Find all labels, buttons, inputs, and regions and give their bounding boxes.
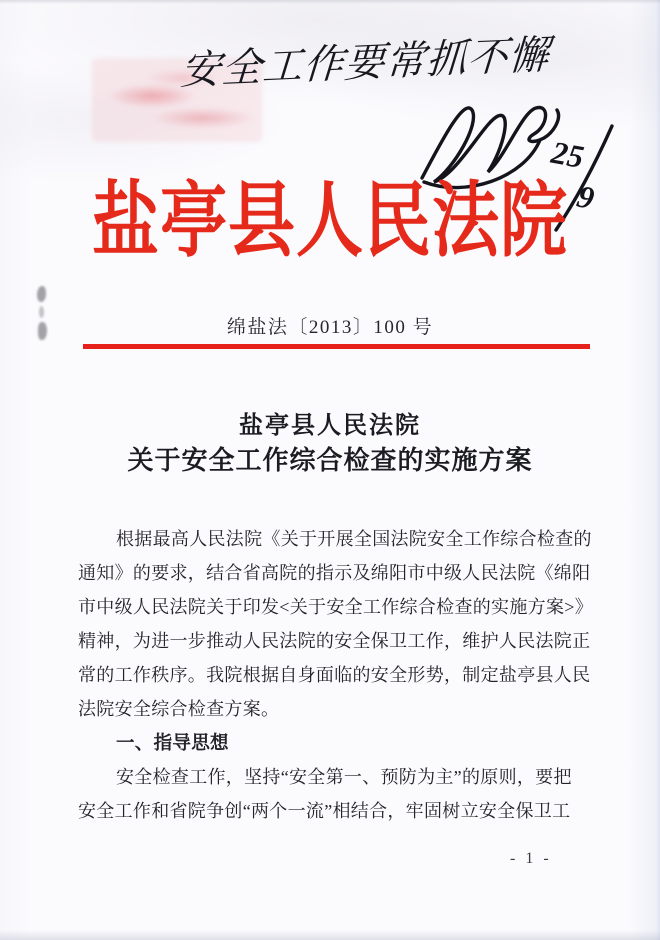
body-paragraph1-line: 根据最高人民法院《关于开展全国法院安全工作综合检查的 (78, 522, 593, 556)
letterhead-title: 盐亭县人民法院 (0, 156, 660, 273)
document-title: 盐亭县人民法院 关于安全工作综合检查的实施方案 (0, 410, 660, 478)
body-paragraph1-line: 常的工作秩序。我院根据自身面临的安全形势，制定盐亭县人民 (78, 658, 593, 692)
body-paragraph1-line: 法院安全综合检查方案。 (78, 692, 593, 726)
document-title-line-1: 盐亭县人民法院 (0, 410, 660, 442)
red-separator-line (83, 344, 590, 349)
body-paragraph1-line: 精神，为进一步推动人民法院的安全保卫工作，维护人民法院正 (78, 624, 593, 658)
binding-smudge (39, 306, 44, 318)
scanned-document-page: 安全工作要常抓不懈 25 9 盐亭县人民法院 绵盐法〔2013〕100 号 盐亭… (0, 0, 660, 940)
document-number: 绵盐法〔2013〕100 号 (0, 312, 660, 339)
body-paragraph2-line: 安全检查工作，坚持“安全第一、预防为主”的原则，要把 (78, 760, 593, 794)
page-number: - 1 - (510, 850, 600, 868)
document-body: 根据最高人民法院《关于开展全国法院安全工作综合检查的 通知》的要求，结合省高院的… (78, 522, 593, 828)
section-heading-guiding-ideology: 一、指导思想 (78, 726, 593, 760)
body-paragraph1-line: 通知》的要求，结合省高院的指示及绵阳市中级人民法院《绵阳 (78, 556, 593, 590)
document-title-line-2: 关于安全工作综合检查的实施方案 (0, 442, 660, 478)
body-paragraph1-line: 市中级人民法院关于印发<关于安全工作综合检查的实施方案>》 (78, 590, 593, 624)
binding-smudge (37, 286, 46, 302)
body-paragraph2-line: 安全工作和省院争创“两个一流”相结合，牢固树立安全保卫工 (78, 794, 593, 828)
